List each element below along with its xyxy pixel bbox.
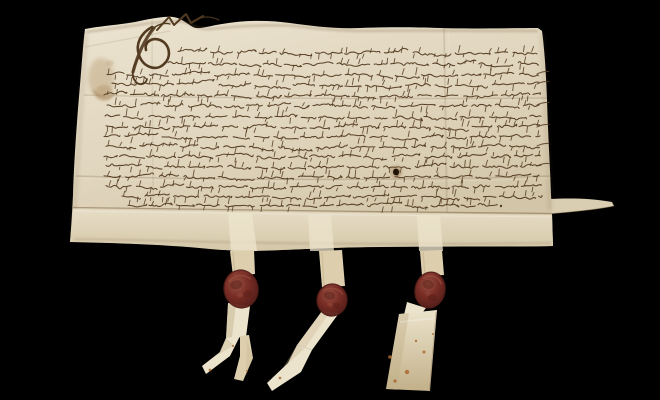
tag-strip-slot-2 [308, 215, 334, 251]
photo-canvas [0, 0, 660, 400]
final-period [500, 205, 502, 207]
parchment-photo [0, 0, 660, 400]
tag-strip-slot-3 [417, 215, 443, 251]
parchment-document [70, 14, 614, 252]
tag-strip-slot-1 [228, 213, 257, 252]
parchment-hole [390, 166, 402, 179]
